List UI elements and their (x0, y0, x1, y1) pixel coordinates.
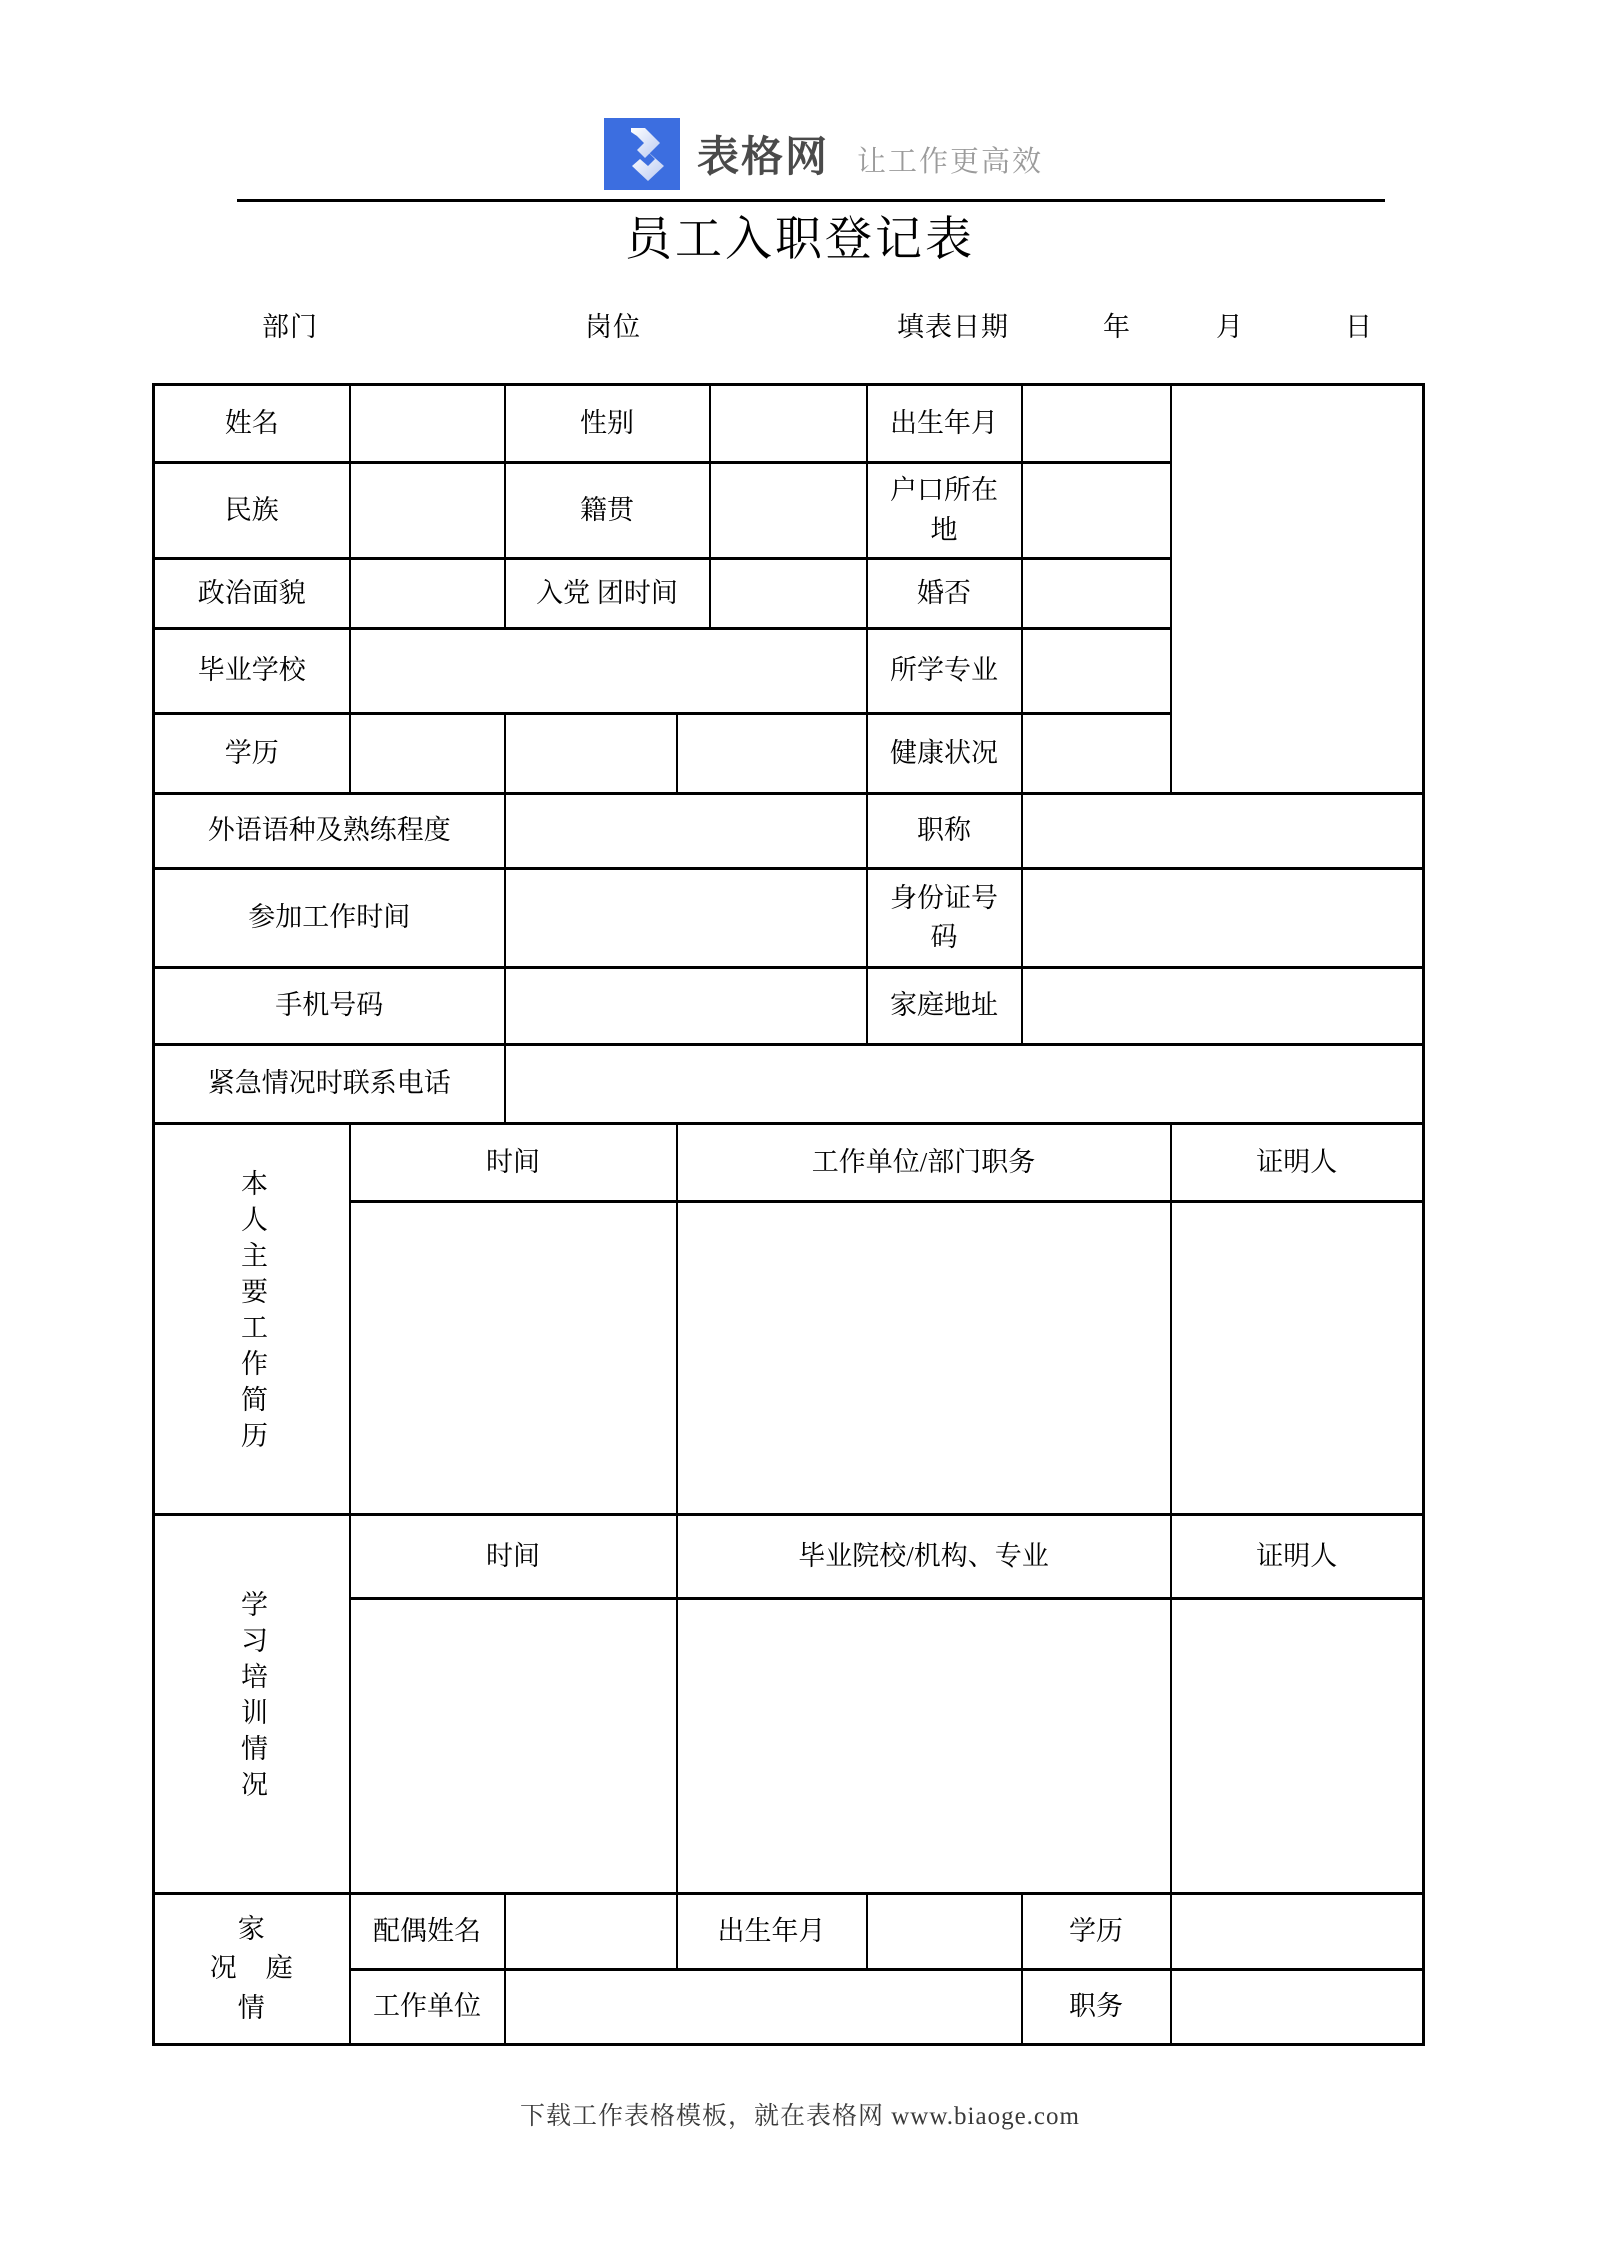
table-row: 手机号码 家庭地址 (154, 968, 1424, 1045)
family-input-position[interactable] (1171, 1970, 1424, 2045)
page-title: 员工入职登记表 (0, 202, 1600, 269)
field-input-mobile[interactable] (505, 968, 867, 1045)
work-history-col-time: 时间 (350, 1124, 677, 1202)
field-input-party-join-time[interactable] (710, 559, 867, 629)
field-input-graduate-school[interactable] (350, 629, 867, 714)
work-history-input-time[interactable] (350, 1202, 677, 1515)
field-input-native-place[interactable] (710, 463, 867, 559)
field-label-mobile: 手机号码 (154, 968, 505, 1045)
work-history-input-ref[interactable] (1171, 1202, 1424, 1515)
field-input-work-start-time[interactable] (505, 869, 867, 968)
training-input-time[interactable] (350, 1599, 677, 1894)
photo-area-cell[interactable] (1171, 385, 1424, 794)
brand-tagline: 让工作更高效 (857, 139, 1043, 180)
training-input-ref[interactable] (1171, 1599, 1424, 1894)
field-label-title: 职称 (867, 794, 1022, 869)
brand-text: 表格网 让工作更高效 (697, 124, 1043, 184)
meta-month-label: 月 (1216, 305, 1244, 344)
family-label-work-unit: 工作单位 (350, 1970, 505, 2045)
footer-text: 下载工作表格模板，就在表格网 www.biaoge.com (0, 2096, 1600, 2132)
family-input-birth-date[interactable] (867, 1894, 1022, 1970)
table-row: 参加工作时间 身份证号 码 (154, 869, 1424, 968)
field-label-ethnicity: 民族 (154, 463, 350, 559)
meta-day-label: 日 (1345, 305, 1373, 344)
work-history-col-ref: 证明人 (1171, 1124, 1424, 1202)
field-label-native-place: 籍贯 (505, 463, 710, 559)
meta-fill-date-label: 填表日期 (897, 305, 1009, 344)
field-label-id-number: 身份证号 码 (867, 869, 1022, 968)
training-col-school: 毕业院校/机构、专业 (677, 1515, 1171, 1599)
table-row: 紧急情况时联系电话 (154, 1045, 1424, 1124)
field-label-graduate-school: 毕业学校 (154, 629, 350, 714)
table-row: 学习培训情况 时间 毕业院校/机构、专业 证明人 (154, 1515, 1424, 1599)
field-label-household-location: 户口所在 地 (867, 463, 1022, 559)
field-input-household-location[interactable] (1022, 463, 1171, 559)
field-input-marital-status[interactable] (1022, 559, 1171, 629)
brand-header: 表格网 让工作更高效 (604, 118, 1043, 190)
training-vertical-label: 学习培训情况 (236, 1590, 268, 1806)
training-col-ref: 证明人 (1171, 1515, 1424, 1599)
meta-department-label: 部门 (262, 305, 318, 344)
field-label-political-status: 政治面貌 (154, 559, 350, 629)
section-label-work-history: 本人主要工作简历 (154, 1124, 350, 1515)
table-row: 家 况 庭 情 配偶姓名 出生年月 学历 (154, 1894, 1424, 1970)
family-label-education: 学历 (1022, 1894, 1171, 1970)
field-label-emergency-phone: 紧急情况时联系电话 (154, 1045, 505, 1124)
family-label-birth-date: 出生年月 (677, 1894, 867, 1970)
table-row: 外语语种及熟练程度 职称 (154, 794, 1424, 869)
training-col-time: 时间 (350, 1515, 677, 1599)
field-label-education: 学历 (154, 714, 350, 794)
field-input-ethnicity[interactable] (350, 463, 505, 559)
field-label-party-join-time: 入党 团时间 (505, 559, 710, 629)
work-history-input-org[interactable] (677, 1202, 1171, 1515)
field-input-foreign-language[interactable] (505, 794, 867, 869)
field-input-political-status[interactable] (350, 559, 505, 629)
field-input-name[interactable] (350, 385, 505, 463)
field-input-gender[interactable] (710, 385, 867, 463)
meta-year-label: 年 (1103, 305, 1131, 344)
table-row: 本人主要工作简历 时间 工作单位/部门职务 证明人 (154, 1124, 1424, 1202)
biaoge-logo-icon (604, 118, 680, 190)
registration-form-table: 姓名 性别 出生年月 民族 籍贯 户口所在 地 政治面貌 入党 团时间 (152, 383, 1425, 2046)
field-input-title[interactable] (1022, 794, 1424, 869)
field-input-major[interactable] (1022, 629, 1171, 714)
form-page: 表格网 让工作更高效 员工入职登记表 部门 岗位 填表日期 年 月 日 姓名 性… (0, 0, 1600, 2262)
family-label-spouse-name: 配偶姓名 (350, 1894, 505, 1970)
family-input-spouse-name[interactable] (505, 1894, 677, 1970)
field-label-health: 健康状况 (867, 714, 1022, 794)
training-input-school[interactable] (677, 1599, 1171, 1894)
field-label-work-start-time: 参加工作时间 (154, 869, 505, 968)
field-label-marital-status: 婚否 (867, 559, 1022, 629)
field-input-education-2[interactable] (505, 714, 677, 794)
field-label-gender: 性别 (505, 385, 710, 463)
family-input-work-unit[interactable] (505, 1970, 1022, 2045)
section-label-family: 家 况 庭 情 (154, 1894, 350, 2045)
field-input-birth-date[interactable] (1022, 385, 1171, 463)
field-label-major: 所学专业 (867, 629, 1022, 714)
field-input-education-3[interactable] (677, 714, 867, 794)
work-history-vertical-label: 本人主要工作简历 (236, 1169, 268, 1457)
field-input-education-1[interactable] (350, 714, 505, 794)
field-input-home-address[interactable] (1022, 968, 1424, 1045)
table-row: 姓名 性别 出生年月 (154, 385, 1424, 463)
meta-position-label: 岗位 (585, 305, 641, 344)
brand-name: 表格网 (697, 124, 829, 184)
family-input-education[interactable] (1171, 1894, 1424, 1970)
field-label-birth-date: 出生年月 (867, 385, 1022, 463)
field-input-emergency-phone[interactable] (505, 1045, 1424, 1124)
family-label-position: 职务 (1022, 1970, 1171, 2045)
field-label-foreign-language: 外语语种及熟练程度 (154, 794, 505, 869)
field-label-name: 姓名 (154, 385, 350, 463)
field-label-home-address: 家庭地址 (867, 968, 1022, 1045)
field-input-health[interactable] (1022, 714, 1171, 794)
work-history-col-org: 工作单位/部门职务 (677, 1124, 1171, 1202)
section-label-training: 学习培训情况 (154, 1515, 350, 1894)
field-input-id-number[interactable] (1022, 869, 1424, 968)
